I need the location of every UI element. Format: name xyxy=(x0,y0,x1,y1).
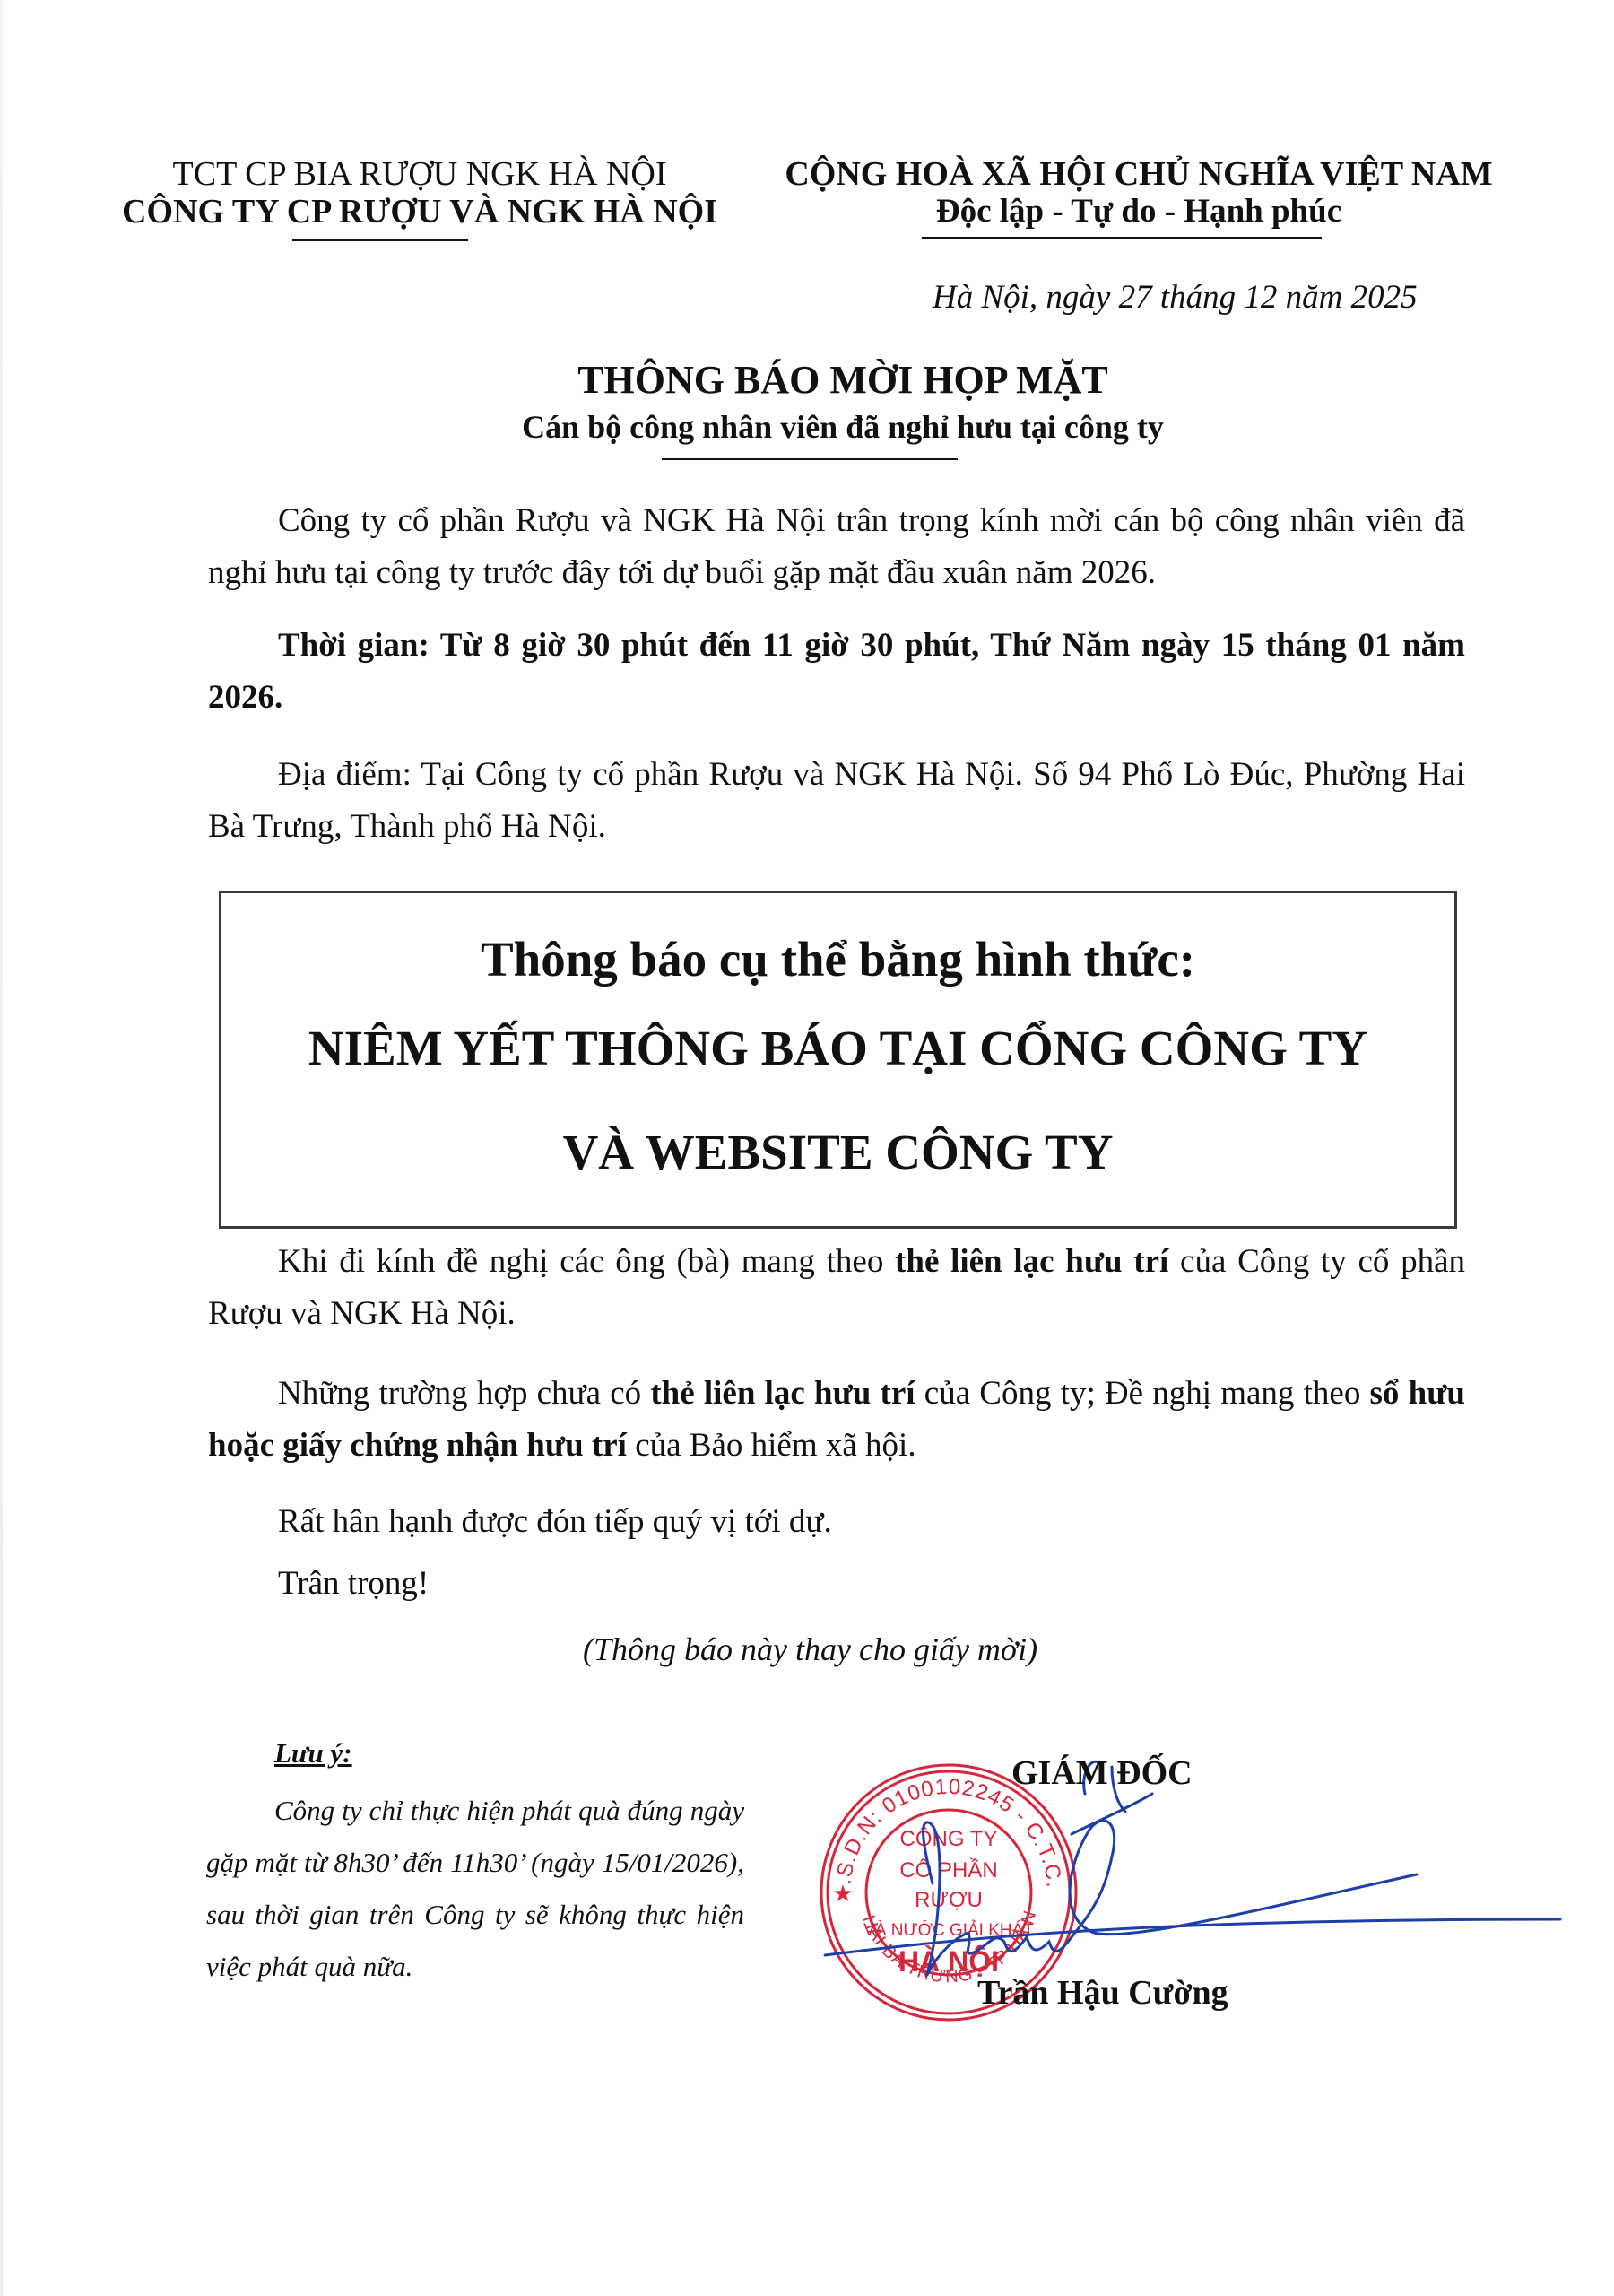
notice-method-line2: VÀ WEBSITE CÔNG TY xyxy=(219,1124,1457,1180)
requirement-paragraph-2: Những trường hợp chưa có thẻ liên lạc hư… xyxy=(208,1368,1465,1472)
invitation-note: (Thông báo này thay cho giấy mời) xyxy=(583,1631,1037,1668)
national-motto: Độc lập - Tự do - Hạnh phúc xyxy=(825,192,1453,230)
requirement-2-text-c: của Bảo hiểm xã hội. xyxy=(627,1427,916,1464)
document-title: THÔNG BÁO MỜI HỌP MẶT xyxy=(448,357,1237,403)
footnote-label: Lưu ý: xyxy=(274,1737,352,1770)
signer-role: GIÁM ĐỐC xyxy=(1011,1753,1193,1793)
date-line: Hà Nội, ngày 27 tháng 12 năm 2025 xyxy=(933,278,1418,317)
motto-underline xyxy=(922,237,1322,239)
organization-name: CÔNG TY CP RƯỢU VÀ NGK HÀ NỘI xyxy=(88,192,751,231)
national-title: CỘNG HOÀ XÃ HỘI CHỦ NGHĨA VIỆT NAM xyxy=(735,154,1542,194)
requirement-2-bold-1: thẻ liên lạc hưu trí xyxy=(650,1375,915,1412)
notice-method-line1: NIÊM YẾT THÔNG BÁO TẠI CỔNG CÔNG TY xyxy=(219,1020,1457,1076)
requirement-1-text-a: Khi đi kính đề nghị các ông (bà) mang th… xyxy=(278,1243,895,1280)
signer-name: Trần Hậu Cường xyxy=(977,1973,1228,2013)
welcome-line: Rất hân hạnh được đón tiếp quý vị tới dự… xyxy=(278,1496,832,1548)
requirement-2-text-b: của Công ty; Đề nghị mang theo xyxy=(915,1375,1370,1412)
requirement-paragraph-1: Khi đi kính đề nghị các ông (bà) mang th… xyxy=(208,1236,1465,1340)
title-underline xyxy=(662,458,958,460)
document-subtitle: Cán bộ công nhân viên đã nghỉ hưu tại cô… xyxy=(386,408,1300,446)
scan-edge xyxy=(0,0,3,2296)
requirement-1-bold: thẻ liên lạc hưu trí xyxy=(895,1243,1168,1280)
notice-heading: Thông báo cụ thể bằng hình thức: xyxy=(219,931,1457,987)
location-paragraph: Địa điểm: Tại Công ty cổ phần Rượu và NG… xyxy=(208,749,1465,853)
organization-underline xyxy=(292,239,468,241)
footnote-text: Công ty chỉ thực hiện phát quà đúng ngày… xyxy=(206,1785,744,1993)
parent-organization: TCT CP BIA RƯỢU NGK HÀ NỘI xyxy=(133,154,707,194)
intro-paragraph: Công ty cổ phần Rượu và NGK Hà Nội trân … xyxy=(208,495,1465,599)
time-paragraph: Thời gian: Từ 8 giờ 30 phút đến 11 giờ 3… xyxy=(208,620,1465,724)
requirement-2-text-a: Những trường hợp chưa có xyxy=(278,1375,650,1412)
regards-line: Trân trọng! xyxy=(278,1558,429,1610)
